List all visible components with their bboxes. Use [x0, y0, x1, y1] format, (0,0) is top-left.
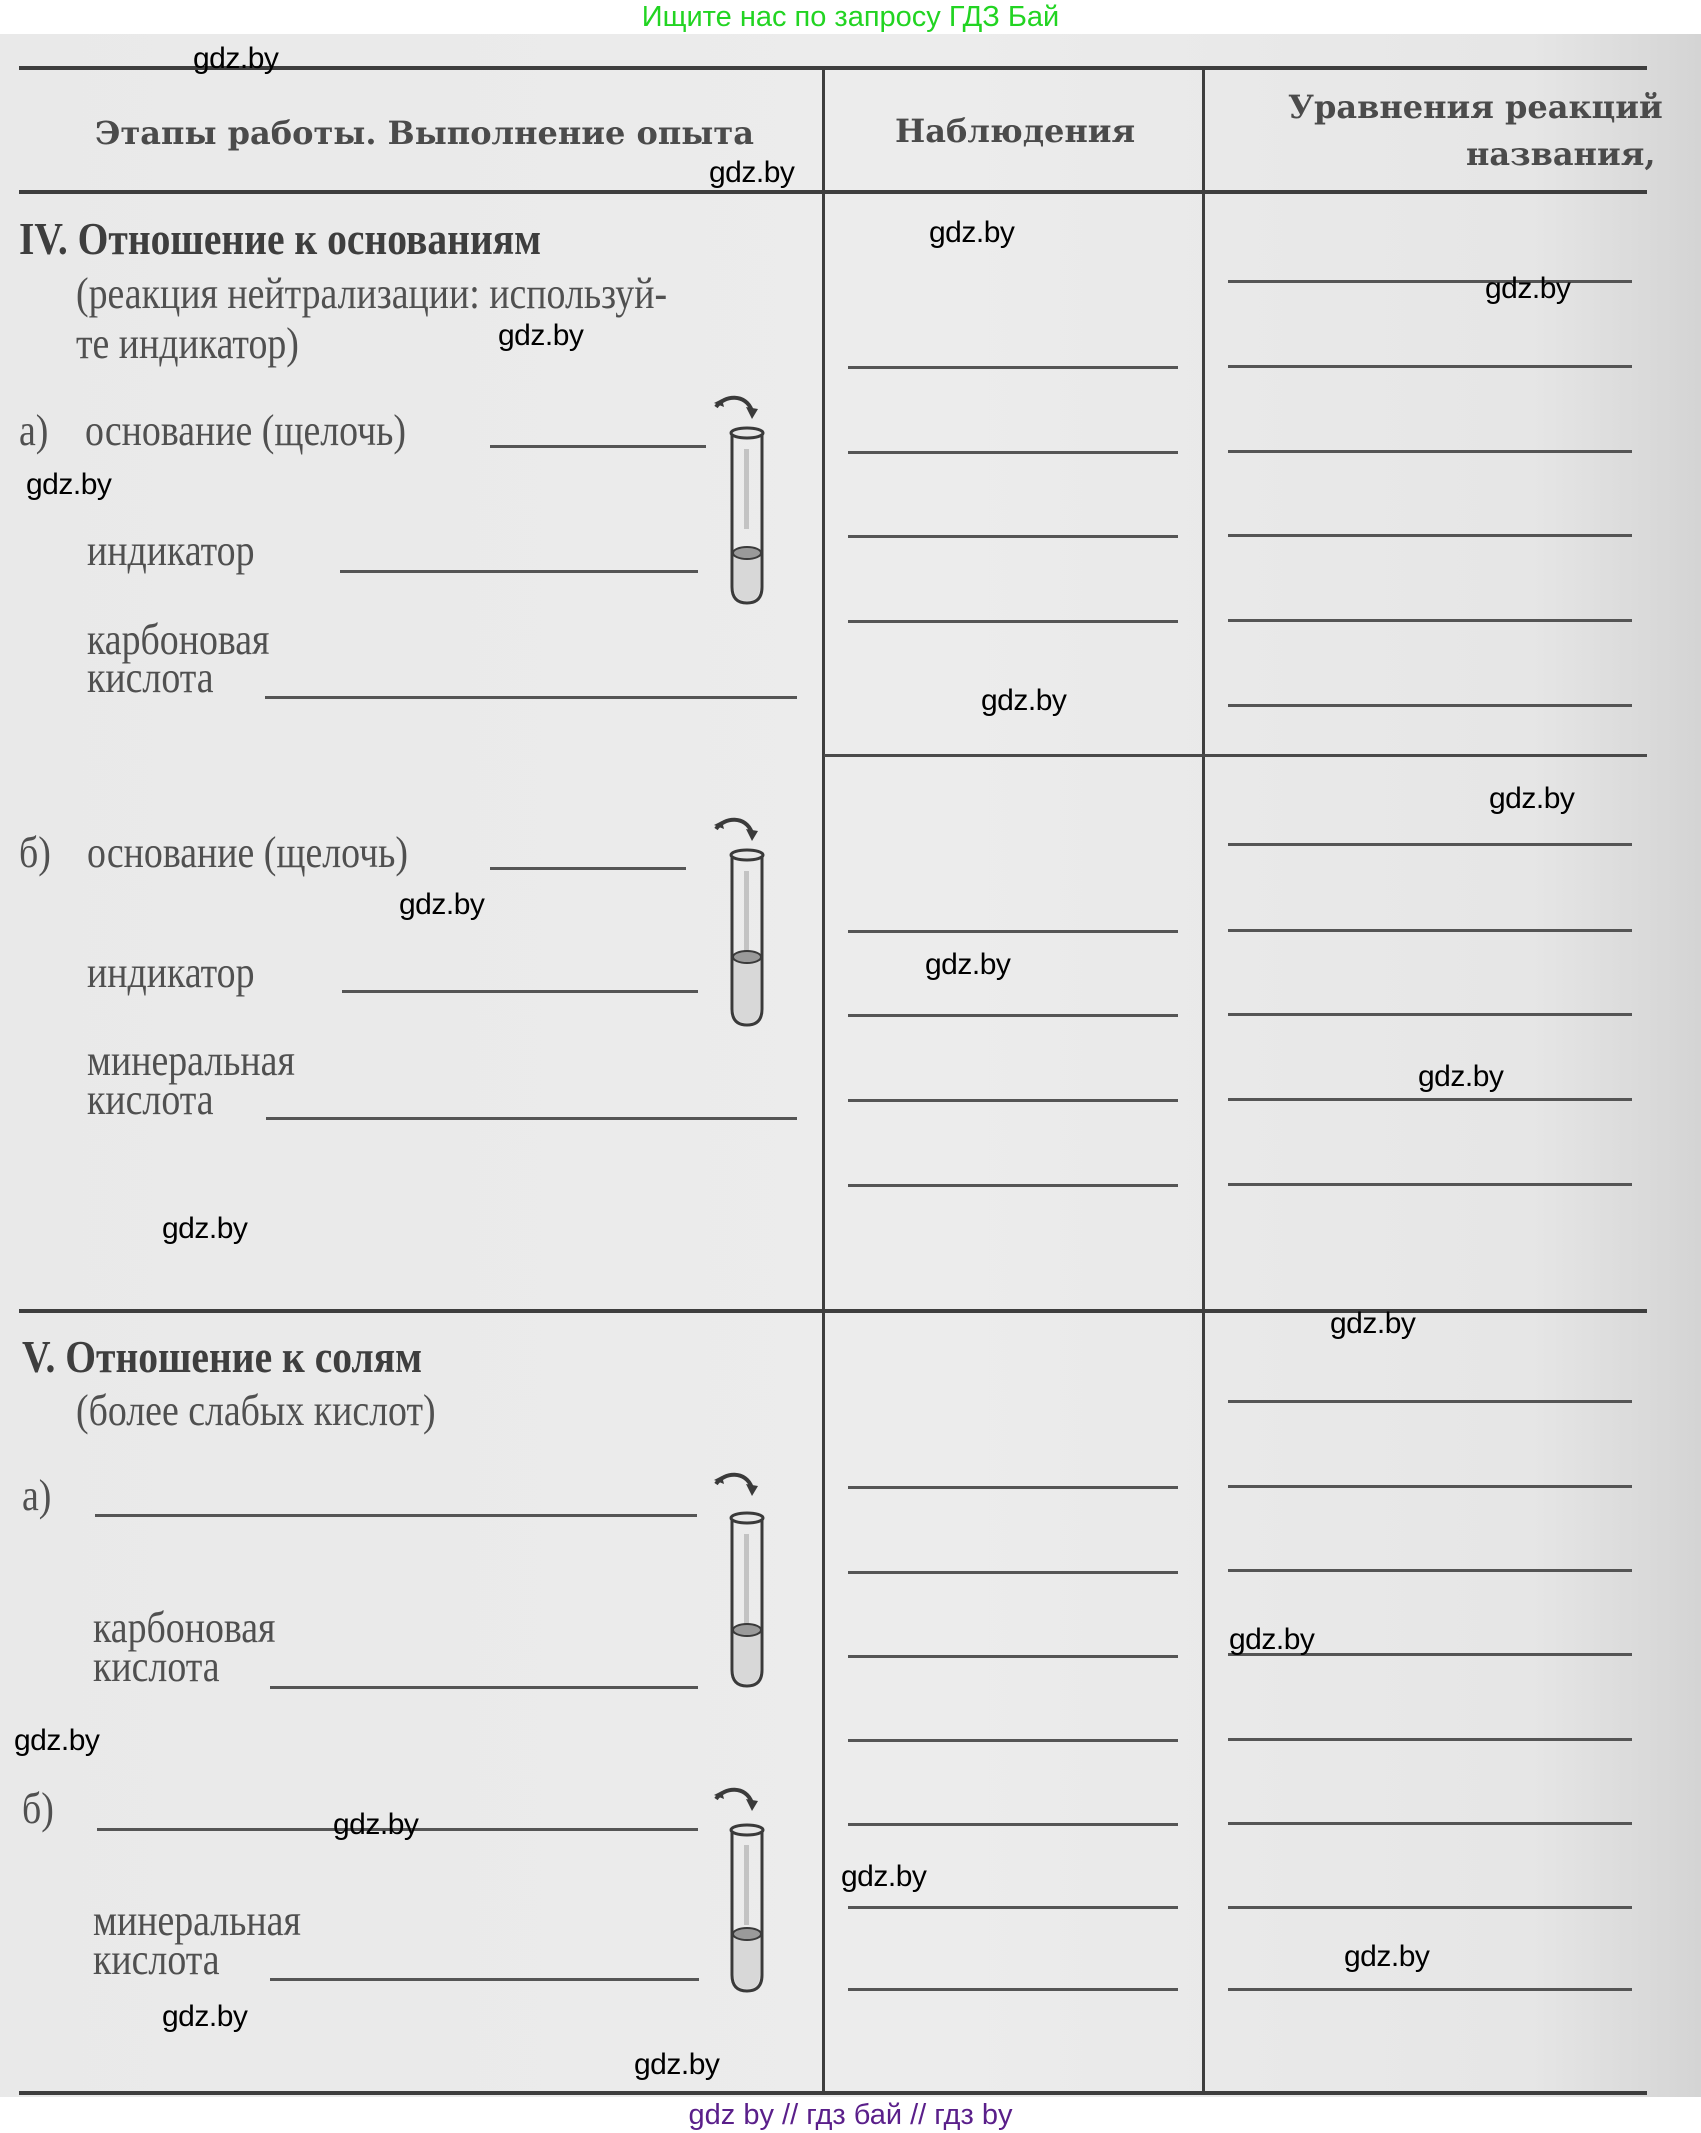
equation-answer-line[interactable] — [1228, 619, 1632, 622]
section5-a-answer-line[interactable] — [95, 1514, 697, 1517]
watermark: gdz.by — [1489, 782, 1574, 816]
watermark: gdz.by — [14, 1724, 99, 1758]
test-tube-icon — [710, 393, 770, 608]
section5-a-marker: а) — [22, 1470, 51, 1521]
section5-a-acid-answer-line[interactable] — [270, 1686, 698, 1689]
section5-title: V. Отношение к солям — [22, 1330, 422, 1383]
watermark: gdz.by — [929, 216, 1014, 250]
test-tube-icon — [710, 1470, 770, 1690]
equation-answer-line[interactable] — [1228, 1183, 1632, 1186]
observation-answer-line[interactable] — [848, 366, 1178, 369]
watermark: gdz.by — [1344, 1940, 1429, 1974]
section4-b-indicator-label: индикатор — [87, 947, 255, 998]
section4-a-indicator-label: индикатор — [87, 525, 255, 576]
row-divider-section4-ab — [824, 754, 1647, 757]
watermark: gdz.by — [498, 319, 583, 353]
column-divider-observations — [822, 67, 825, 2094]
equation-answer-line[interactable] — [1228, 1988, 1632, 1991]
equation-answer-line[interactable] — [1228, 365, 1632, 368]
watermark: gdz.by — [399, 888, 484, 922]
equation-answer-line[interactable] — [1228, 1569, 1632, 1572]
section4-a-base-label: основание (щелочь) — [85, 405, 406, 456]
equation-answer-line[interactable] — [1228, 1400, 1632, 1403]
top-banner[interactable]: Ищите нас по запросу ГДЗ Бай — [0, 0, 1701, 34]
observation-answer-line[interactable] — [848, 1823, 1178, 1826]
watermark: gdz.by — [841, 1860, 926, 1894]
test-tube-icon — [710, 815, 770, 1030]
section5-b-marker: б) — [22, 1783, 54, 1834]
observation-answer-line[interactable] — [848, 1486, 1178, 1489]
watermark: gdz.by — [26, 468, 111, 502]
equation-answer-line[interactable] — [1228, 280, 1632, 283]
section4-b-base-answer-line[interactable] — [490, 867, 686, 870]
equation-answer-line[interactable] — [1228, 1906, 1632, 1909]
watermark: gdz.by — [333, 1808, 418, 1842]
observation-answer-line[interactable] — [848, 1099, 1178, 1102]
equation-answer-line[interactable] — [1228, 534, 1632, 537]
section4-a-marker: а) — [19, 405, 48, 456]
section4-subtitle-line2: те индикатор) — [76, 318, 299, 369]
observation-answer-line[interactable] — [848, 1906, 1178, 1909]
observation-answer-line[interactable] — [848, 930, 1178, 933]
watermark: gdz.by — [162, 1212, 247, 1246]
bottom-banner[interactable]: gdz by // гдз бай // гдз by — [0, 2098, 1701, 2132]
section4-a-acid-answer-line[interactable] — [265, 696, 797, 699]
equation-answer-line[interactable] — [1228, 843, 1632, 846]
watermark: gdz.by — [634, 2048, 719, 2082]
observation-answer-line[interactable] — [848, 1184, 1178, 1187]
equation-answer-line[interactable] — [1228, 1013, 1632, 1016]
section4-b-base-label: основание (щелочь) — [87, 827, 408, 878]
header-observations: Наблюдения — [895, 112, 1135, 150]
equation-answer-line[interactable] — [1228, 704, 1632, 707]
section4-a-acid-label-line2: кислота — [87, 652, 214, 703]
observation-answer-line[interactable] — [848, 1988, 1178, 1991]
equation-answer-line[interactable] — [1228, 1485, 1632, 1488]
section5-subtitle: (более слабых кислот) — [76, 1385, 436, 1436]
watermark: gdz.by — [1229, 1623, 1314, 1657]
section5-b-acid-answer-line[interactable] — [270, 1978, 699, 1981]
observation-answer-line[interactable] — [848, 620, 1178, 623]
section5-b-acid-label-line2: кислота — [93, 1934, 220, 1985]
header-equations-line2: названия, — [1466, 135, 1655, 173]
watermark: gdz.by — [1330, 1307, 1415, 1341]
observation-answer-line[interactable] — [848, 1655, 1178, 1658]
watermark: gdz.by — [193, 42, 278, 76]
observation-answer-line[interactable] — [848, 1739, 1178, 1742]
header-equations-line1: Уравнения реакций — [1288, 88, 1663, 126]
section5-a-acid-label-line2: кислота — [93, 1641, 220, 1692]
equation-answer-line[interactable] — [1228, 450, 1632, 453]
equation-answer-line[interactable] — [1228, 929, 1632, 932]
table-header-bottom-rule — [19, 190, 1647, 194]
equation-answer-line[interactable] — [1228, 1822, 1632, 1825]
section4-b-acid-label-line2: кислота — [87, 1074, 214, 1125]
section4-b-indicator-answer-line[interactable] — [342, 990, 698, 993]
test-tube-icon — [710, 1785, 770, 1995]
watermark: gdz.by — [162, 2000, 247, 2034]
section4-title: IV. Отношение к основаниям — [19, 212, 541, 265]
equation-answer-line[interactable] — [1228, 1738, 1632, 1741]
table-bottom-rule — [19, 2091, 1647, 2095]
header-stages: Этапы работы. Выполнение опыта — [95, 114, 754, 152]
section4-a-indicator-answer-line[interactable] — [340, 570, 698, 573]
section4-a-base-answer-line[interactable] — [490, 445, 706, 448]
observation-answer-line[interactable] — [848, 451, 1178, 454]
column-divider-equations — [1202, 67, 1205, 2094]
watermark: gdz.by — [1418, 1060, 1503, 1094]
watermark: gdz.by — [981, 684, 1066, 718]
observation-answer-line[interactable] — [848, 1014, 1178, 1017]
section4-b-acid-answer-line[interactable] — [266, 1117, 797, 1120]
section4-b-marker: б) — [19, 827, 51, 878]
watermark: gdz.by — [1485, 272, 1570, 306]
equation-answer-line[interactable] — [1228, 1098, 1632, 1101]
observation-answer-line[interactable] — [848, 535, 1178, 538]
section4-subtitle-line1: (реакция нейтрализации: используй- — [76, 268, 667, 319]
watermark: gdz.by — [709, 156, 794, 190]
watermark: gdz.by — [925, 948, 1010, 982]
observation-answer-line[interactable] — [848, 1571, 1178, 1574]
